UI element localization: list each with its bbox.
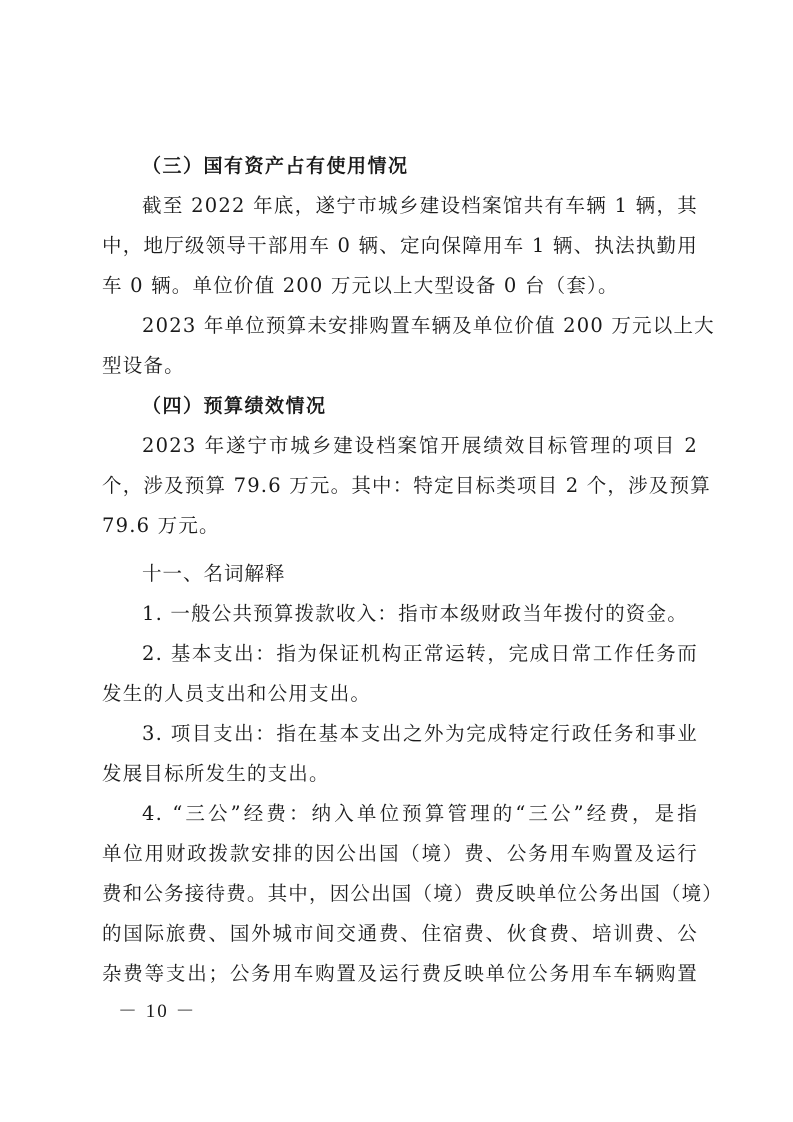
paragraph-line: 3. 项目支出：指在基本支出之外为完成特定行政任务和事业: [102, 714, 698, 754]
paragraph-line: 单位用财政拨款安排的因公出国（境）费、公务用车购置及运行: [102, 834, 698, 874]
glossary-item-3: 3. 项目支出：指在基本支出之外为完成特定行政任务和事业 发展目标所发生的支出。: [102, 714, 698, 794]
paragraph-performance: 2023 年遂宁市城乡建设档案馆开展绩效目标管理的项目 2 个，涉及预算 79.…: [102, 426, 698, 546]
paragraph-line: 发生的人员支出和公用支出。: [102, 674, 698, 714]
paragraph-line: 1. 一般公共预算拨款收入：指市本级财政当年拨付的资金。: [102, 594, 698, 634]
document-page: （三）国有资产占有使用情况 截至 2022 年底，遂宁市城乡建设档案馆共有车辆 …: [102, 146, 698, 994]
paragraph-line: 费和公务接待费。其中，因公出国（境）费反映单位公务出国（境）: [102, 874, 698, 914]
glossary-item-1: 1. 一般公共预算拨款收入：指市本级财政当年拨付的资金。: [102, 594, 698, 634]
paragraph-line: 个，涉及预算 79.6 万元。其中：特定目标类项目 2 个，涉及预算: [102, 466, 698, 506]
section-heading-assets: （三）国有资产占有使用情况: [102, 146, 698, 186]
spacer: [102, 546, 698, 554]
paragraph-line: 79.6 万元。: [102, 506, 698, 546]
paragraph-line: 2023 年遂宁市城乡建设档案馆开展绩效目标管理的项目 2: [102, 426, 698, 466]
glossary-item-4: 4. “三公”经费：纳入单位预算管理的“三公”经费，是指 单位用财政拨款安排的因…: [102, 794, 698, 994]
section-heading-performance: （四）预算绩效情况: [102, 386, 698, 426]
paragraph-line: 车 0 辆。单位价值 200 万元以上大型设备 0 台（套）。: [102, 266, 698, 306]
paragraph-line: 2023 年单位预算未安排购置车辆及单位价值 200 万元以上大: [102, 306, 698, 346]
paragraph-line: 2. 基本支出：指为保证机构正常运转，完成日常工作任务而: [102, 634, 698, 674]
paragraph-line: 杂费等支出；公务用车购置及运行费反映单位公务用车车辆购置: [102, 954, 698, 994]
paragraph-line: 发展目标所发生的支出。: [102, 754, 698, 794]
paragraph-line: 截至 2022 年底，遂宁市城乡建设档案馆共有车辆 1 辆，其: [102, 186, 698, 226]
section-heading-glossary: 十一、名词解释: [102, 554, 698, 594]
paragraph-line: 的国际旅费、国外城市间交通费、住宿费、伙食费、培训费、公: [102, 914, 698, 954]
paragraph-2023-purchase: 2023 年单位预算未安排购置车辆及单位价值 200 万元以上大 型设备。: [102, 306, 698, 386]
paragraph-line: 4. “三公”经费：纳入单位预算管理的“三公”经费，是指: [102, 794, 698, 834]
paragraph-vehicles: 截至 2022 年底，遂宁市城乡建设档案馆共有车辆 1 辆，其 中，地厅级领导干…: [102, 186, 698, 306]
paragraph-line: 中，地厅级领导干部用车 0 辆、定向保障用车 1 辆、执法执勤用: [102, 226, 698, 266]
paragraph-line: 型设备。: [102, 346, 698, 386]
glossary-item-2: 2. 基本支出：指为保证机构正常运转，完成日常工作任务而 发生的人员支出和公用支…: [102, 634, 698, 714]
page-number: － 10 －: [118, 996, 197, 1023]
